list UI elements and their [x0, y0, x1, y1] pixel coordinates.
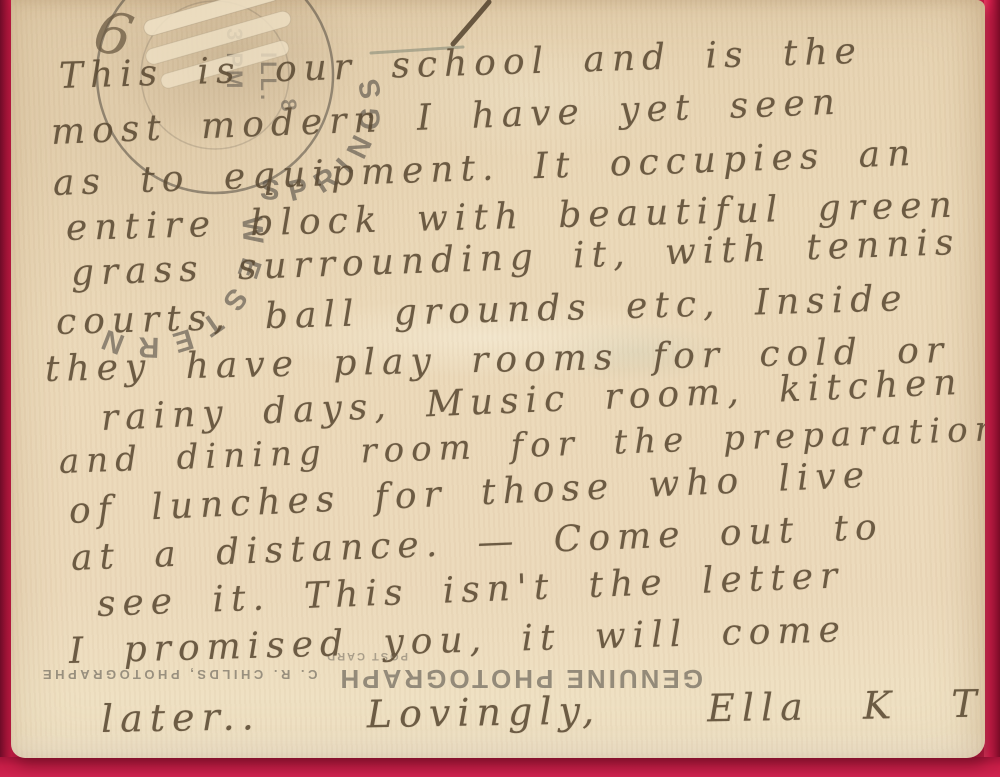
- red-mat-left-strip: [0, 0, 11, 777]
- postcard: WESTERN SPRINGS ILL. 3 PM 8 GE: [11, 0, 985, 758]
- pencil-stroke-mark: [453, 2, 489, 44]
- scanned-postcard-photo: WESTERN SPRINGS ILL. 3 PM 8 GE: [0, 0, 1000, 777]
- red-mat-bottom-strip: [0, 757, 1000, 777]
- red-mat-right-strip: [984, 0, 1000, 777]
